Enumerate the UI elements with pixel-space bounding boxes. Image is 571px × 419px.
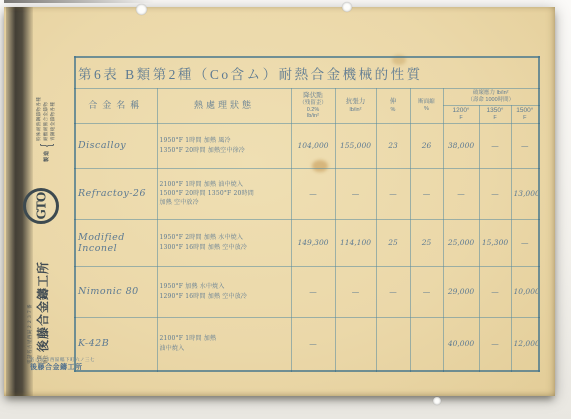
punch-hole xyxy=(342,2,352,12)
alloy-properties-table: 第6表 B類第2種（Co含ム）耐熱合金機械的性質 合金名稱 熱處理狀態 降伏點 … xyxy=(74,56,540,372)
value-cell xyxy=(335,317,376,371)
col-header-treatment: 熱處理狀態 xyxy=(157,89,291,124)
col-header-yield: 降伏點 （残留歪） 0.2% lb/in² xyxy=(291,89,335,124)
alloy-name-cell: Discalloy xyxy=(75,123,157,168)
value-cell: 114,100 xyxy=(335,219,376,266)
col-header-alloy: 合金名稱 xyxy=(75,89,157,124)
alloy-name-cell: Nimonic 80 xyxy=(75,266,157,317)
table-title-row: 第6表 B類第2種（Co含ム）耐熱合金機械的性質 xyxy=(75,57,539,89)
value-cell: — xyxy=(335,266,376,317)
value-cell: 25 xyxy=(376,219,410,266)
value-cell: 104,000 xyxy=(291,123,335,168)
value-cell: — xyxy=(410,168,443,219)
alloy-name-cell: Modified Inconel xyxy=(75,219,157,266)
value-cell: 10,000 xyxy=(511,266,539,317)
heat-treatment-cell: 1950°F 加熱 水中焼入 1290°F 16時間 加熱 空中放冷 xyxy=(157,266,291,317)
punch-hole xyxy=(136,4,147,15)
heat-treatment-cell: 1950°F 2時間 加熱 水中焼入 1300°F 16時間 加熱 空中放冷 xyxy=(157,219,291,266)
col-header-1350f: 1350° F xyxy=(479,105,511,123)
value-cell: — xyxy=(291,266,335,317)
value-cell: — xyxy=(376,168,410,219)
value-cell: 155,000 xyxy=(335,123,376,168)
value-cell: — xyxy=(443,168,479,219)
value-cell: — xyxy=(410,266,443,317)
value-cell xyxy=(376,317,410,371)
value-cell: — xyxy=(479,266,511,317)
letterhead-company-block: 電話名古屋西局２２３７番 合資 會社 後藤合金鑄工所 xyxy=(27,244,51,364)
value-cell: 26 xyxy=(410,123,443,168)
table-row: Discalloy 1950°F 1時間 加熱 風冷 1350°F 20時間 加… xyxy=(75,123,539,168)
col-header-tensile: 抗張力 lb/in² xyxy=(335,89,376,124)
alloy-name-cell: K-42B xyxy=(75,317,157,371)
value-cell: — xyxy=(376,266,410,317)
value-cell: 29,000 xyxy=(443,266,479,317)
heat-treatment-cell: 2100°F 1時間 加熱 油中焼入 1500°F 20時間 1350°F 20… xyxy=(157,168,291,219)
value-cell: 25,000 xyxy=(443,219,479,266)
value-cell: 40,000 xyxy=(443,317,479,371)
value-cell: 15,300 xyxy=(479,219,511,266)
top-edge-shadow xyxy=(4,0,154,3)
product-list-label: 製造 xyxy=(43,150,50,162)
alloy-name-cell: Refractoy-26 xyxy=(75,168,157,219)
heat-treatment-cell: 2100°F 1時間 加熱 油中焼入 xyxy=(157,317,291,371)
product-lines: 特殊耐熱鋼鑄物各種 耐酸耐蝕合金鑄物 青銅砲金鑄物各種 xyxy=(36,97,56,141)
heat-treatment-cell: 1950°F 1時間 加熱 風冷 1350°F 20時間 加熱空中徐冷 xyxy=(157,123,291,168)
value-cell: 38,000 xyxy=(443,123,479,168)
scanned-document: 製造 { 特殊耐熱鋼鑄物各種 耐酸耐蝕合金鑄物 青銅砲金鑄物各種 GTO 電話名… xyxy=(0,0,571,419)
value-cell: 149,300 xyxy=(291,219,335,266)
col-header-elongation: 伸 % xyxy=(376,89,410,124)
value-cell: 23 xyxy=(376,123,410,168)
value-cell: 25 xyxy=(410,219,443,266)
company-contact-line: 電話名古屋西局２２３７番 xyxy=(27,244,33,364)
value-cell: — xyxy=(335,168,376,219)
value-cell: — xyxy=(291,317,335,371)
value-cell: 13,000 xyxy=(511,168,539,219)
value-cell: — xyxy=(479,123,511,168)
col-header-1200f: 1200° F xyxy=(443,105,479,123)
company-name: 後藤合金鑄工所 xyxy=(34,261,51,352)
value-cell xyxy=(410,317,443,371)
table-title: 第6表 B類第2種（Co含ム）耐熱合金機械的性質 xyxy=(75,57,539,89)
value-cell: — xyxy=(291,168,335,219)
product-line: 特殊耐熱鋼鑄物各種 xyxy=(36,97,41,141)
letterhead-product-list: 製造 { 特殊耐熱鋼鑄物各種 耐酸耐蝕合金鑄物 青銅砲金鑄物各種 xyxy=(36,76,56,162)
col-header-1500f: 1500° F xyxy=(511,105,539,123)
punch-hole xyxy=(433,397,441,405)
col-header-reduction: 断面縮 % xyxy=(410,89,443,124)
product-line: 青銅砲金鑄物各種 xyxy=(50,102,55,141)
brace-glyph: { xyxy=(39,144,54,147)
logo-monogram: GTO xyxy=(34,193,48,220)
value-cell: — xyxy=(479,317,511,371)
gto-logo-icon: GTO xyxy=(23,188,59,224)
col-header-rupture-group: 破壞應力 lb/in² （壽命 1000時間） xyxy=(443,89,539,106)
value-cell: — xyxy=(511,219,539,266)
table-row: Nimonic 80 1950°F 加熱 水中焼入 1290°F 16時間 加熱… xyxy=(75,266,539,317)
table-header-row: 合金名稱 熱處理狀態 降伏點 （残留歪） 0.2% lb/in² 抗張力 lb/… xyxy=(75,89,539,106)
value-cell: — xyxy=(479,168,511,219)
table-row: Modified Inconel 1950°F 2時間 加熱 水中焼入 1300… xyxy=(75,219,539,266)
value-cell: — xyxy=(511,123,539,168)
product-line: 耐酸耐蝕合金鑄物 xyxy=(43,102,48,141)
table-row: K-42B 2100°F 1時間 加熱 油中焼入 — 40,000 — 12,0… xyxy=(75,317,539,371)
value-cell: 12,000 xyxy=(511,317,539,371)
table-row: Refractoy-26 2100°F 1時間 加熱 油中焼入 1500°F 2… xyxy=(75,168,539,219)
